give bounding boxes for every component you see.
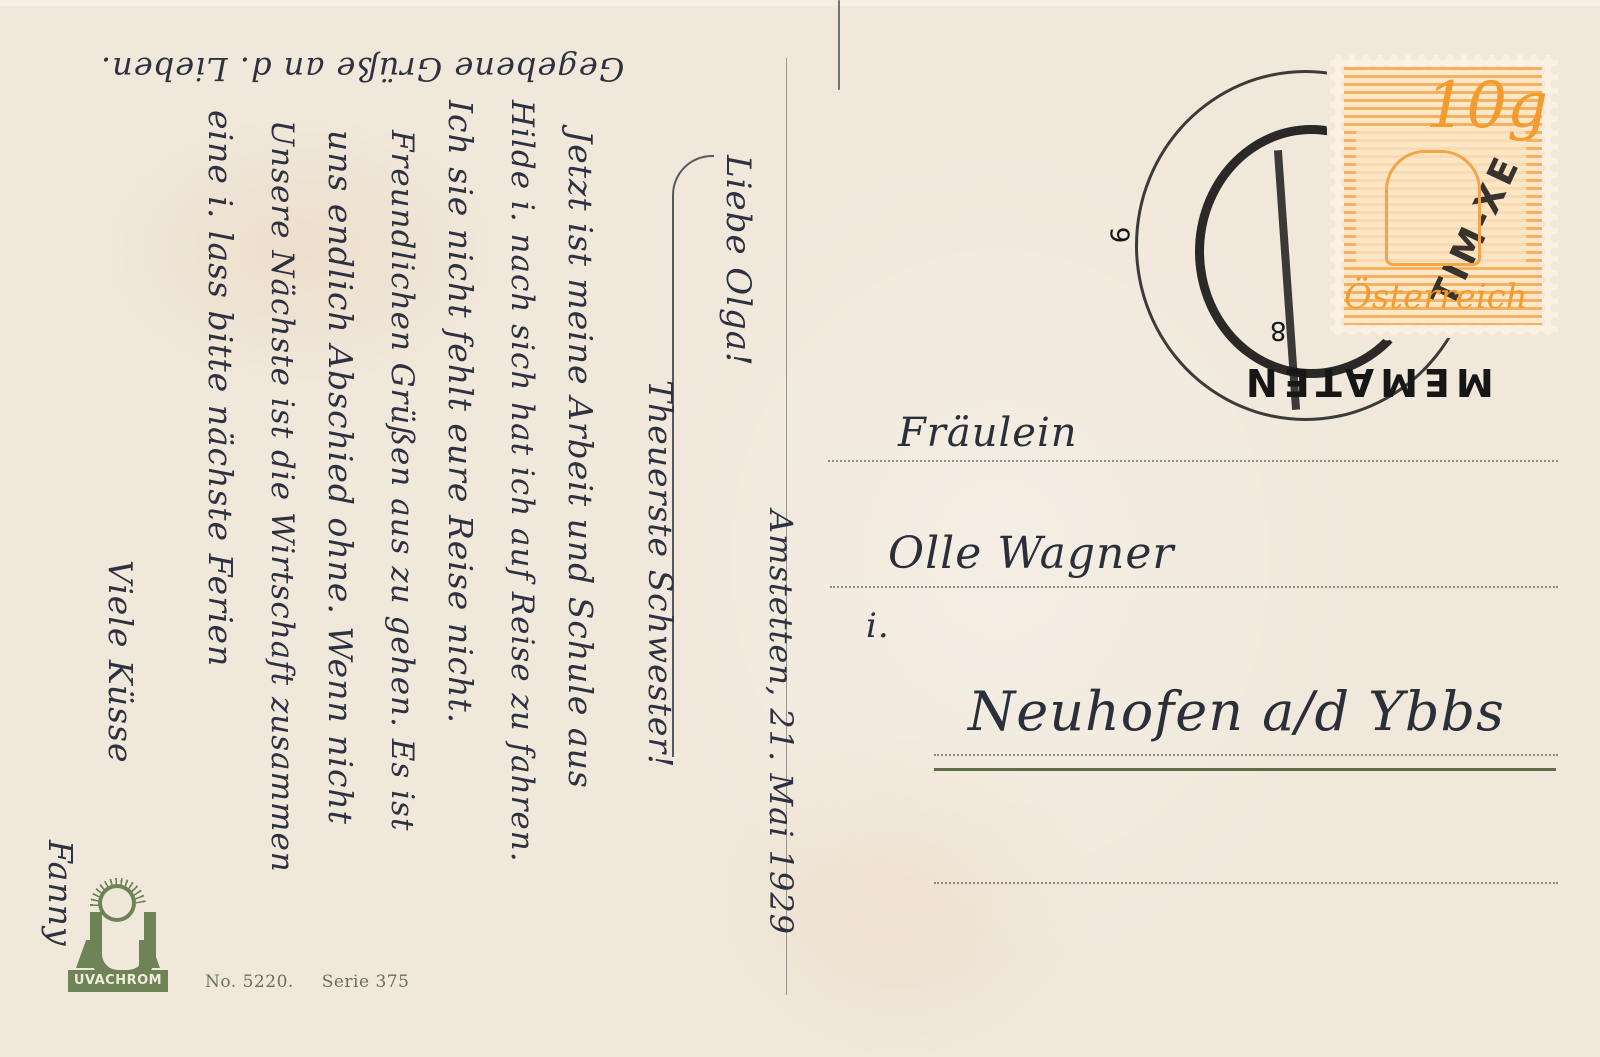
address-green-rule [934, 768, 1556, 771]
message-area: Gegebene Grüße an d. Lieben. Liebe Olga!… [40, 20, 800, 1010]
address-line-1 [828, 460, 1558, 462]
message-line: uns endlich Abschied ohne. Wenn nicht [321, 130, 360, 825]
message-line: eine i. lass bitte nächste Ferien [201, 110, 240, 667]
address-line-3 [934, 754, 1558, 756]
address-salutation: Fräulein [898, 410, 1078, 456]
message-upside-down-line: Gegebene Grüße an d. Lieben. [100, 50, 624, 88]
uvachrom-logo: UVACHROM [68, 878, 168, 996]
address-line-4 [934, 882, 1558, 884]
message-line: Theuerste Schwester! [641, 380, 680, 768]
logo-brand-text: UVACHROM [68, 970, 168, 992]
address-line-2 [830, 586, 1558, 588]
postcard: Gegebene Grüße an d. Lieben. Liebe Olga!… [0, 0, 1600, 1057]
stamp-figure-icon [1385, 150, 1481, 266]
address-town: Neuhofen a/d Ybbs [968, 680, 1505, 743]
postmark-side-mark: 9 [1103, 227, 1133, 244]
message-line: Unsere Nächste ist die Wirtschaft zusamm… [264, 120, 300, 873]
address-name: Olle Wagner [888, 528, 1174, 579]
card-edge [0, 0, 1600, 6]
message-line: Ich sie nicht fehlt eure Reise nicht. [441, 100, 480, 724]
card-number: No. 5220. [205, 972, 294, 992]
card-series: Serie 375 [322, 972, 410, 992]
address-prefix: i. [866, 606, 890, 646]
ink-stroke [838, 0, 840, 90]
message-line: Hilde i. nach sich hat ich auf Reise zu … [504, 100, 540, 863]
message-line: Freundlichen Grüßen aus zu gehen. Es ist [384, 130, 420, 831]
postmark-number: 8 [1270, 315, 1287, 345]
message-closing: Viele Küsse [101, 560, 140, 764]
postage-stamp: 10g Österreich [1330, 55, 1558, 335]
message-heading: Liebe Olga! [718, 155, 758, 367]
stamp-country: Österreich [1344, 277, 1528, 317]
stamp-value: 10g [1426, 69, 1548, 143]
message-line: Jetzt ist meine Arbeit und Schule aus [561, 130, 600, 789]
message-place-date: Amstetten, 21. Mai 1929 [762, 510, 800, 935]
publisher-imprint: No. 5220. Serie 375 [205, 972, 431, 992]
postmark-town: MEMATEN [1240, 360, 1494, 404]
